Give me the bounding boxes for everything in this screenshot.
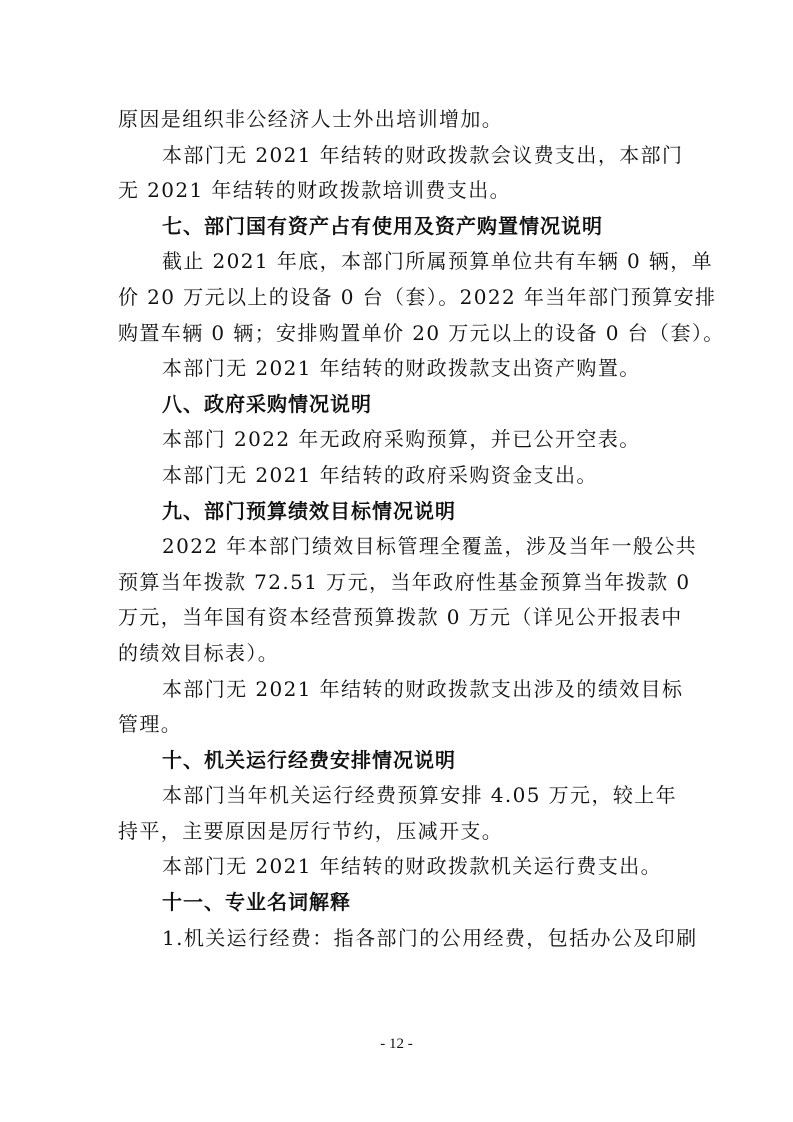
paragraph-line: 原因是组织非公经济人士外出培训增加。 (118, 102, 674, 138)
paragraph-line: 本部门 2022 年无政府采购预算，并已公开空表。 (118, 422, 674, 458)
paragraph-line: 2022 年本部门绩效目标管理全覆盖，涉及当年一般公共 (118, 529, 674, 565)
page-number: - 12 - (0, 1036, 793, 1053)
paragraph-line: 本部门无 2021 年结转的财政拨款会议费支出，本部门 (118, 138, 674, 174)
paragraph-line: 的绩效目标表）。 (118, 636, 674, 672)
section-heading-9: 九、部门预算绩效目标情况说明 (118, 494, 674, 530)
section-heading-11: 十一、专业名词解释 (118, 885, 674, 921)
document-body: 原因是组织非公经济人士外出培训增加。 本部门无 2021 年结转的财政拨款会议费… (118, 102, 674, 956)
section-heading-7: 七、部门国有资产占有使用及资产购置情况说明 (118, 209, 674, 245)
section-heading-8: 八、政府采购情况说明 (118, 387, 674, 423)
paragraph-line: 万元，当年国有资本经营预算拨款 0 万元（详见公开报表中 (118, 600, 674, 636)
paragraph-line: 管理。 (118, 707, 674, 743)
paragraph-line: 预算当年拨款 72.51 万元，当年政府性基金预算当年拨款 0 (118, 565, 674, 601)
paragraph-line: 本部门无 2021 年结转的政府采购资金支出。 (118, 458, 674, 494)
paragraph-line: 截止 2021 年底，本部门所属预算单位共有车辆 0 辆，单 (118, 244, 674, 280)
paragraph-line: 本部门无 2021 年结转的财政拨款支出涉及的绩效目标 (118, 672, 674, 708)
section-heading-10: 十、机关运行经费安排情况说明 (118, 743, 674, 779)
paragraph-line: 本部门当年机关运行经费预算安排 4.05 万元，较上年 (118, 778, 674, 814)
paragraph-line: 本部门无 2021 年结转的财政拨款机关运行费支出。 (118, 849, 674, 885)
paragraph-line: 本部门无 2021 年结转的财政拨款支出资产购置。 (118, 351, 674, 387)
paragraph-line: 无 2021 年结转的财政拨款培训费支出。 (118, 173, 674, 209)
paragraph-line: 1.机关运行经费：指各部门的公用经费，包括办公及印刷 (118, 921, 674, 957)
paragraph-line: 价 20 万元以上的设备 0 台（套）。2022 年当年部门预算安排 (118, 280, 674, 316)
paragraph-line: 购置车辆 0 辆；安排购置单价 20 万元以上的设备 0 台（套）。 (118, 316, 674, 352)
paragraph-line: 持平，主要原因是厉行节约，压减开支。 (118, 814, 674, 850)
